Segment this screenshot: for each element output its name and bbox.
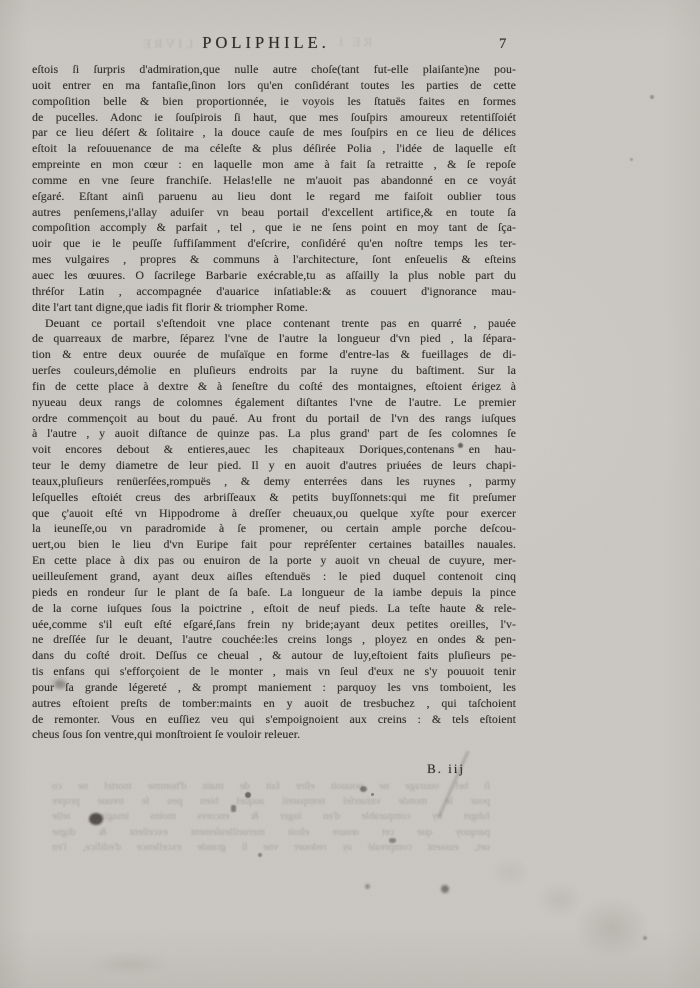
bleedthrough-line: parquoy que cet œuure eſtoit merueilleuſ… — [52, 825, 490, 840]
text-line: teur le demy diametre de leur pied. Il y… — [32, 458, 516, 474]
ink-spot — [643, 936, 647, 940]
text-line: fin de cette place à dextre & à ſeneſtre… — [32, 379, 516, 395]
text-line: de pucelles. Adonc ie ſouſpirois ſi haut… — [32, 110, 516, 126]
signature-mark: B. iij — [427, 761, 465, 777]
text-line: dans du coſté droit. Deſſus ce cheual , … — [32, 648, 516, 664]
text-line: que ç'auoit eſté vn Hippodrome à dreſſer… — [32, 506, 516, 522]
text-line: eſgaré. Eſtant ainſi paruenu au lieu don… — [32, 189, 516, 205]
text-line: dite l'art tant digne,que iadis fit flor… — [32, 300, 516, 316]
text-line: de la corne iuſques ſous la poictrine , … — [32, 601, 516, 617]
ink-spot — [441, 885, 449, 893]
text-line: Deuant ce portail s'eſtendoit vne place … — [32, 316, 516, 332]
text-line: uerſes couleurs,démolie en pluſieurs end… — [32, 363, 516, 379]
text-line: pieds en rondeur ſur le plant de ſa baſe… — [32, 585, 516, 601]
bleedthrough-line: uet, eussent comprealé ay redouer vne ſi… — [52, 840, 490, 855]
text-line: de remonter. Vous en euſſiez veu qui s'e… — [32, 712, 516, 728]
text-line: de quarreaux de marbre, ſéparez l'vne de… — [32, 331, 516, 347]
text-line: eſtoit la reſouuenance de ma céleſte & p… — [32, 141, 516, 157]
text-line: pour ſa grande légereté , & prompt manie… — [32, 680, 516, 696]
text-line: uée,comme s'il euſt eſté eſgaré,ſans fre… — [32, 617, 516, 633]
paragraph-1: eſtois ſi ſurpris d'admiration,que nulle… — [32, 62, 516, 316]
text-line: autres penſemens,i'allay aduiſer vn beau… — [32, 205, 516, 221]
text-line: ne dreſſée ſur le deuant, l'autre couché… — [32, 632, 516, 648]
text-line: leſquelles eſtoiét creus des arbriſſeaux… — [32, 490, 516, 506]
text-line: la ieuneſſe,ou vn paradromide à ſe prome… — [32, 521, 516, 537]
text-line: tion & entre deux ouurée de muſaïque en … — [32, 347, 516, 363]
text-line: voit encores debout & entieres,auec les … — [32, 442, 516, 458]
text-line: comme en vne ſeure franchiſe. Helas!elle… — [32, 173, 516, 189]
text-line: En cette place à dix pas ou enuiron de l… — [32, 553, 516, 569]
text-line: uoir que ie le peuſſe ſuffiſamment d'eſc… — [32, 236, 516, 252]
text-line: uoit entrer en ma fantaſie,ſinon lors qu… — [32, 78, 516, 94]
text-line: teaux,pluſieurs renüerſées,rompuës , & d… — [32, 474, 516, 490]
text-line: auec les œuures. O ſacrilege Barbarie ex… — [32, 268, 516, 284]
bleedthrough-line: ſi bel ouurage ne pouuoit eſtre fait de … — [52, 779, 490, 794]
text-line: uert,ou bien le lieu d'vn Euripe fait po… — [32, 537, 516, 553]
text-line: nyueau deux rangs de colomnes également … — [32, 395, 516, 411]
text-line: empreinte en mon cœur : en laquelle mon … — [32, 157, 516, 173]
bleedthrough-line: ſubget ny comparable d'en iuger & encore… — [52, 809, 490, 824]
text-line: tis enfans qui s'efforçoient de le monte… — [32, 664, 516, 680]
folio-page-number: 7 — [499, 36, 506, 53]
text-line: ueilleuſement grand, ayant deux aiſles e… — [32, 569, 516, 585]
text-block: eſtois ſi ſurpris d'admiration,que nulle… — [32, 62, 516, 743]
text-line: compoſition accomply & parfait , tel , q… — [32, 220, 516, 236]
ink-spot — [630, 158, 633, 161]
book-page-scan: LIVRE RE I POLIPHILE. 7 eſtois ſi ſurpri… — [0, 0, 700, 988]
bleedthrough-block: ſi bel ouurage ne pouuoit eſtre fait de … — [52, 779, 490, 855]
text-line: ordre commençoit au bout du paué. Au fro… — [32, 411, 516, 427]
text-line: thréſor Latin , accompagnée d'auarice in… — [32, 284, 516, 300]
text-line: cheus ſous ſon ventre,qui monſtroient ſe… — [32, 727, 516, 743]
text-line: eſtois ſi ſurpris d'admiration,que nulle… — [32, 62, 516, 78]
bleedthrough-line: pour le monde vniuerſel nompareil auquel… — [52, 794, 490, 809]
text-line: autres eſtoient preſts de tomber:maints … — [32, 696, 516, 712]
ink-spot — [650, 95, 654, 99]
text-line: compoſition belle & bien proportionnée, … — [32, 94, 516, 110]
running-head: POLIPHILE. — [24, 33, 508, 53]
paragraph-2: Deuant ce portail s'eſtendoit vne place … — [32, 316, 516, 744]
text-line: à l'autre , y auoit diſtance de quinze p… — [32, 426, 516, 442]
text-line: par ce lieu déſert & ſolitaire , la douc… — [32, 125, 516, 141]
ink-spot — [365, 884, 370, 889]
text-line: mes vulgaires , propres & communs à l'ar… — [32, 252, 516, 268]
